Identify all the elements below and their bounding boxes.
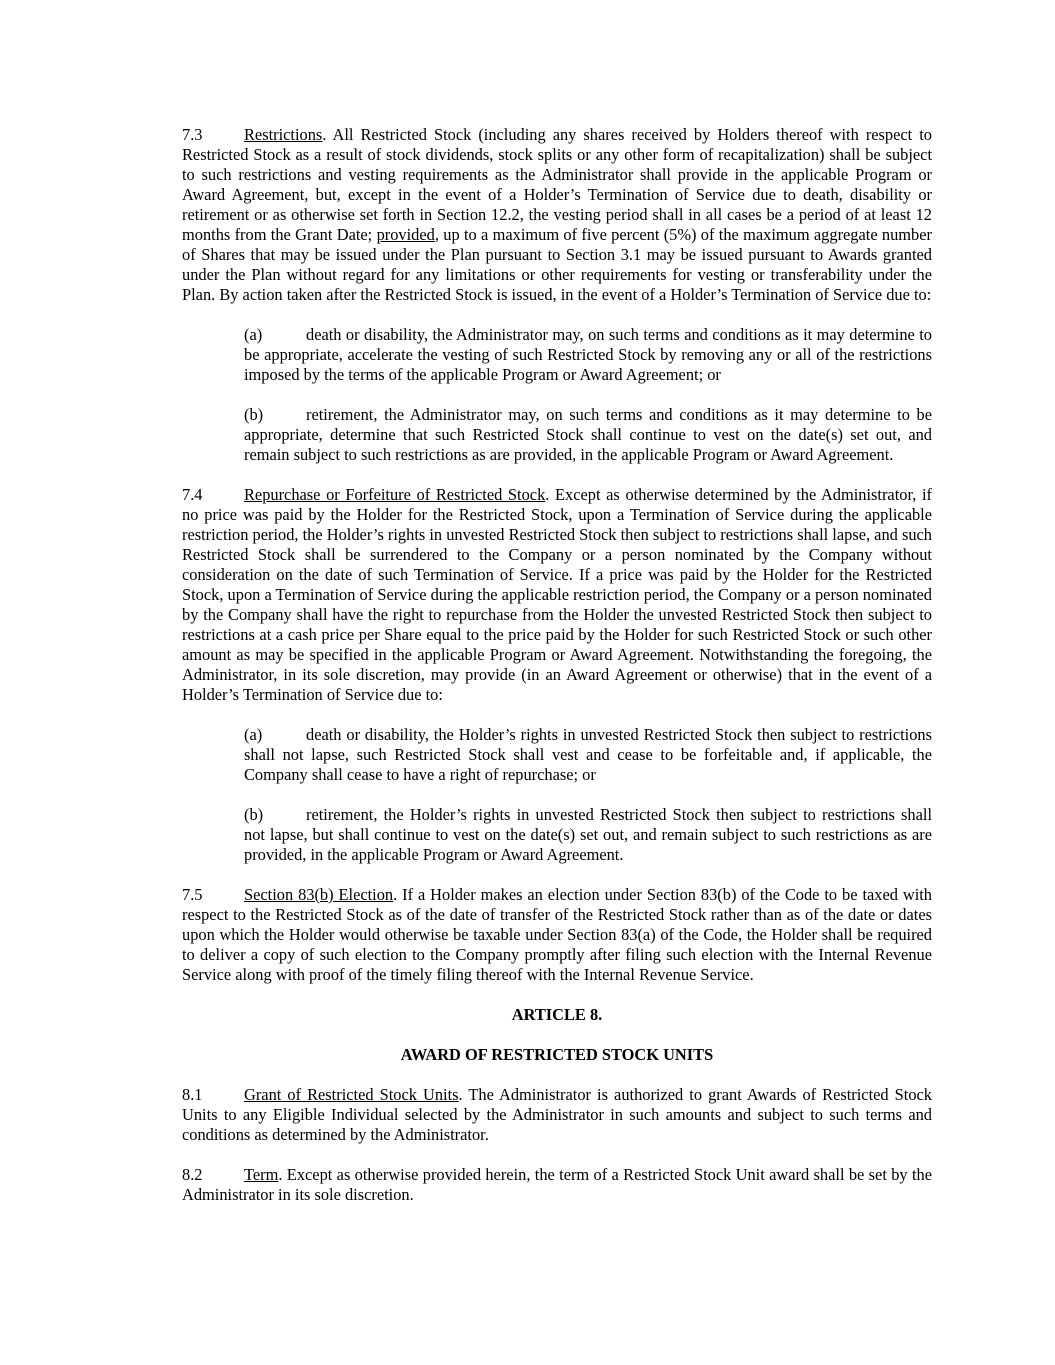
document-page: 7.3Restrictions. All Restricted Stock (i…	[0, 0, 1055, 1365]
section-7-3-number: 7.3	[182, 125, 203, 144]
section-7-4-item-a: (a)death or disability, the Holder’s rig…	[244, 725, 932, 785]
section-8-2-body: . Except as otherwise provided herein, t…	[182, 1165, 932, 1204]
article-8-title: ARTICLE 8.	[182, 1005, 932, 1025]
section-8-2-heading: Term	[244, 1165, 278, 1184]
section-7-4-heading: Repurchase or Forfeiture of Restricted S…	[244, 485, 545, 504]
section-7-3-item-b-body: retirement, the Administrator may, on su…	[244, 405, 932, 464]
section-number-tab: 8.1	[182, 1085, 244, 1105]
document-text-column: 7.3Restrictions. All Restricted Stock (i…	[182, 0, 932, 1205]
section-7-4-paragraph: 7.4Repurchase or Forfeiture of Restricte…	[182, 485, 932, 705]
section-7-4-item-b-body: retirement, the Holder’s rights in unves…	[244, 805, 932, 864]
section-7-3-item-a-body: death or disability, the Administrator m…	[244, 325, 932, 384]
article-8-subtitle: AWARD OF RESTRICTED STOCK UNITS	[182, 1045, 932, 1065]
section-number-tab: 8.2	[182, 1165, 244, 1185]
section-7-4-number: 7.4	[182, 485, 203, 504]
underlined-term-provided: provided	[377, 225, 435, 244]
list-label-tab: (a)	[244, 725, 306, 745]
section-number-tab: 7.4	[182, 485, 244, 505]
list-item-label-a: (a)	[244, 725, 262, 744]
section-8-1-paragraph: 8.1Grant of Restricted Stock Units. The …	[182, 1085, 932, 1145]
section-7-5-paragraph: 7.5Section 83(b) Election. If a Holder m…	[182, 885, 932, 985]
list-item-label-b: (b)	[244, 405, 263, 424]
section-7-4-body: . Except as otherwise determined by the …	[182, 485, 932, 704]
section-7-5-number: 7.5	[182, 885, 203, 904]
list-item-label-b: (b)	[244, 805, 263, 824]
list-label-tab: (a)	[244, 325, 306, 345]
section-8-1-heading: Grant of Restricted Stock Units	[244, 1085, 459, 1104]
section-7-3-item-a: (a)death or disability, the Administrato…	[244, 325, 932, 385]
section-7-4-item-a-body: death or disability, the Holder’s rights…	[244, 725, 932, 784]
section-8-2-number: 8.2	[182, 1165, 203, 1184]
section-8-1-number: 8.1	[182, 1085, 203, 1104]
section-7-4-item-b: (b)retirement, the Holder’s rights in un…	[244, 805, 932, 865]
list-label-tab: (b)	[244, 405, 306, 425]
section-number-tab: 7.5	[182, 885, 244, 905]
section-7-3-heading: Restrictions	[244, 125, 322, 144]
section-8-2-paragraph: 8.2Term. Except as otherwise provided he…	[182, 1165, 932, 1205]
list-item-label-a: (a)	[244, 325, 262, 344]
list-label-tab: (b)	[244, 805, 306, 825]
section-7-3-item-b: (b)retirement, the Administrator may, on…	[244, 405, 932, 465]
section-7-5-heading: Section 83(b) Election	[244, 885, 393, 904]
section-7-3-paragraph: 7.3Restrictions. All Restricted Stock (i…	[182, 125, 932, 305]
section-number-tab: 7.3	[182, 125, 244, 145]
